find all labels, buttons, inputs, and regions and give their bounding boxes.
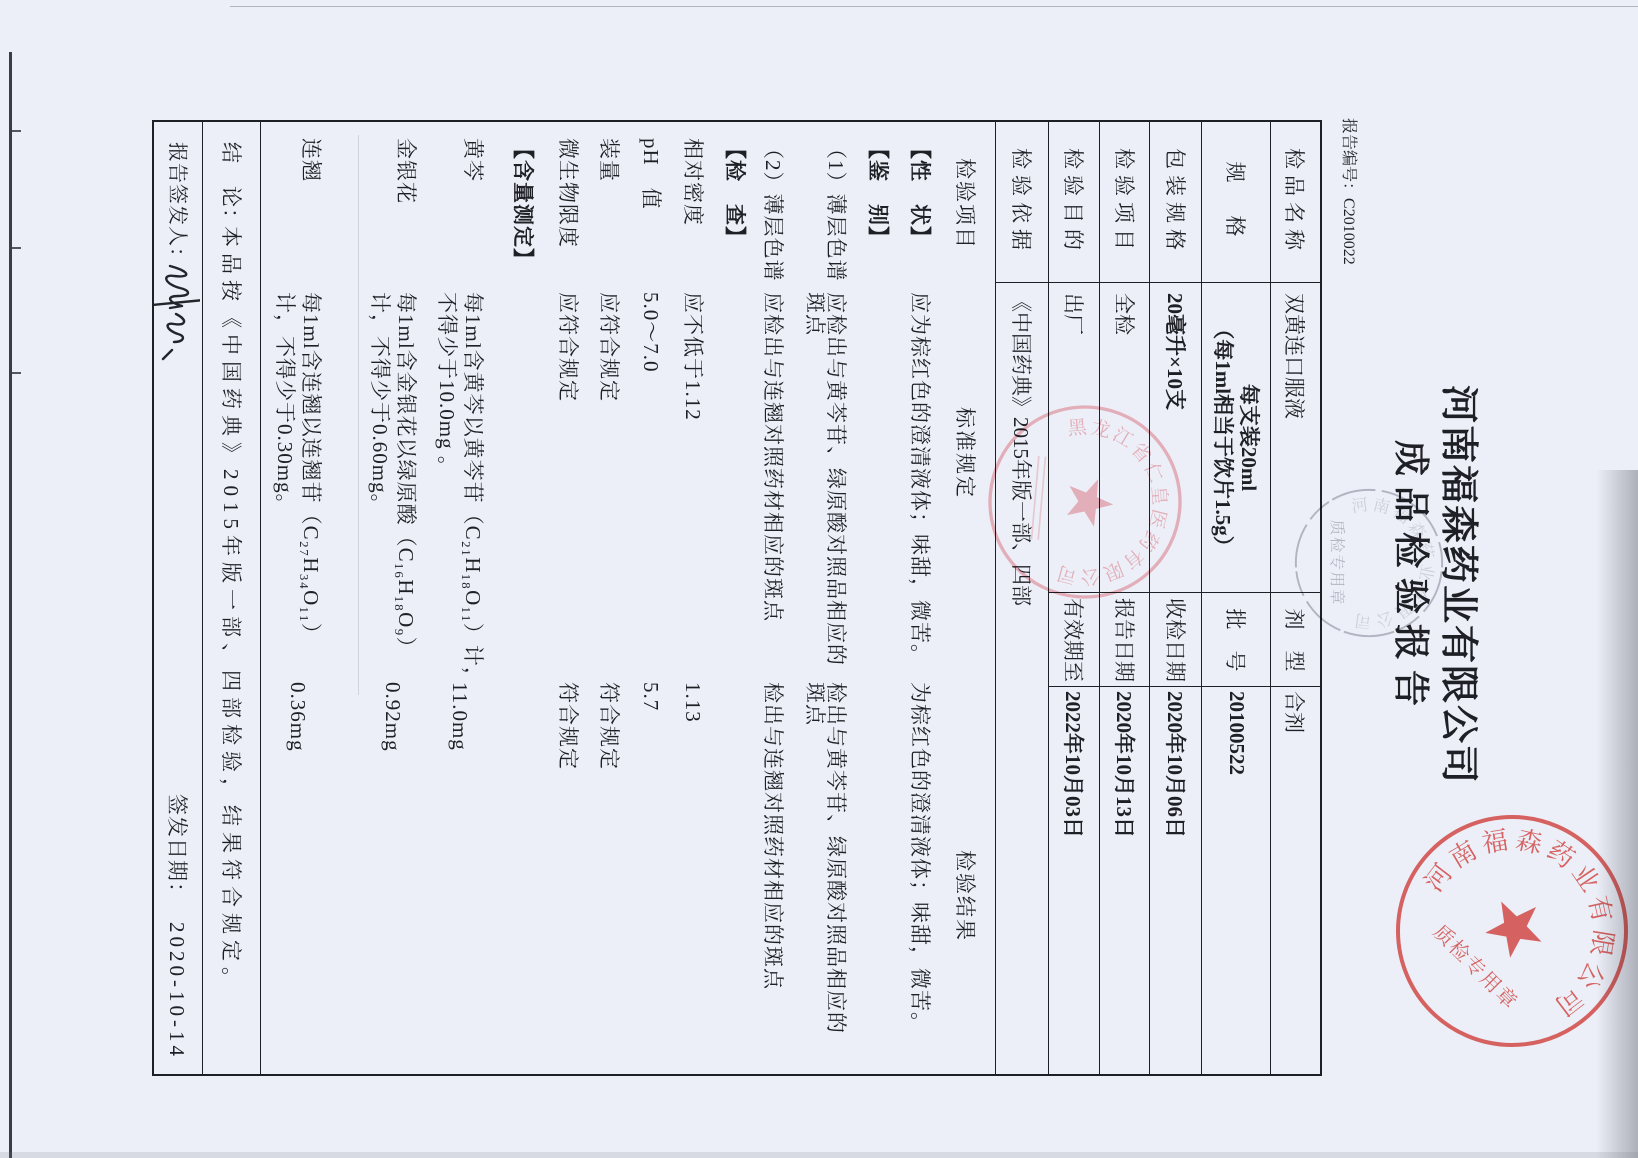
test-result: 检出与连翘对照药材相应的斑点 — [762, 682, 784, 990]
test-standard-line2: 斑点 — [804, 292, 826, 336]
result-row: 金银花 每1ml含金银花以绿原酸（C₁₆H₁₈O₉） 计，不得少于0.60mg。… — [395, 122, 417, 1074]
results-header: 检验项目 标准规定 检验结果 — [954, 122, 976, 1074]
result-row: pH 值 5.0～7.0 5.7 — [640, 122, 662, 1074]
signer-label: 报告签发人： — [167, 142, 189, 268]
seal-graphic: 黑龙江省仁皇医药有限公司 — [977, 394, 1194, 611]
test-result: 检出与黄芩苷、绿原酸对照品相应的 — [825, 682, 847, 1034]
test-standard: 每1ml含金银花以绿原酸（C₁₆H₁₈O₉） — [395, 292, 417, 659]
info-row-spec: 规 格 每支装20ml （每1ml相当于饮片1.5g） 批 号 20100522 — [1201, 122, 1271, 1074]
result-row: 连翘 每1ml含连翘以连翘苷（C₂₇H₃₄O₁₁） 计，不得少于0.30mg。 … — [300, 122, 322, 1074]
receipt-date: 2020年10月06日 — [1150, 686, 1202, 1074]
report-number: 报告编号：C2010022 — [1338, 118, 1358, 265]
test-item: 装量 — [598, 138, 620, 182]
report-number-label: 报告编号： — [1340, 118, 1357, 198]
seal-center-text: 质检专用章 — [1328, 520, 1347, 607]
test-standard-line2: 计，不得少于0.60mg。 — [369, 292, 391, 516]
test-section: 【含量测定】 — [512, 138, 534, 270]
test-standard: 应符合规定 — [557, 292, 579, 402]
test-result: 5.7 — [640, 682, 662, 711]
spec-line-2: （每1ml相当于饮片1.5g） — [1211, 318, 1237, 557]
svg-text:黑龙江省仁皇医药有限公司: 黑龙江省仁皇医药有限公司 — [1052, 413, 1179, 596]
test-item: 【性 状】 — [909, 138, 931, 248]
info-value: 每支装20ml （每1ml相当于饮片1.5g） — [1202, 282, 1271, 592]
info-value: 合剂 — [1271, 686, 1320, 1074]
test-result: 0.92mg — [382, 682, 404, 752]
test-standard: 每1ml含黄芩以黄芩苷（C₂₁H₁₈O₁₁）计， — [462, 292, 484, 689]
column-header-item: 检验项目 — [954, 158, 976, 250]
result-row: 微生物限度 应符合规定 符合规定 — [557, 122, 579, 1074]
test-standard: 应检出与连翘对照药材相应的斑点 — [762, 292, 784, 622]
test-standard: 每1ml含连翘以连翘苷（C₂₇H₃₄O₁₁） — [300, 292, 322, 645]
conclusion-text: 本品按《中国药典》2015年版一部、四部检验，结果符合规定。 — [220, 226, 242, 994]
test-item: （2）薄层色谱 — [762, 138, 784, 282]
test-standard: 5.0～7.0 — [640, 292, 662, 373]
report-date: 2020年10月13日 — [1100, 686, 1150, 1074]
column-header-result: 检验结果 — [954, 850, 976, 942]
star-icon — [1477, 887, 1556, 966]
test-standard-line2: 不得少于10.0mg 。 — [436, 292, 458, 478]
test-result: 11.0mg — [449, 682, 471, 751]
batch-number: 20100522 — [1202, 686, 1271, 1074]
result-row: （1）薄层色谱 应检出与黄芩苷、绿原酸对照品相应的 斑点 检出与黄芩苷、绿原酸对… — [825, 122, 847, 1074]
spec-line-1: 每支装20ml — [1237, 384, 1263, 491]
distributor-seal: 黑龙江省仁皇医药有限公司 — [977, 394, 1194, 611]
test-item: 金银花 — [395, 138, 417, 204]
test-item: 微生物限度 — [557, 138, 579, 248]
issue-date-label: 签发日期： — [167, 794, 189, 904]
test-item: （1）薄层色谱 — [825, 138, 847, 282]
test-section: 【鉴 别】 — [867, 138, 889, 248]
star-icon — [1066, 477, 1115, 528]
faded-qc-seal: 河南福森药业有限公司 质检专用章 — [1292, 486, 1446, 640]
info-label: 批 号 — [1202, 592, 1271, 687]
illegible-seal-text — [1032, 456, 1046, 540]
test-section: 【检 查】 — [724, 138, 746, 248]
result-row: 【性 状】 应为棕红色的澄清液体；味甜，微苦。 为棕红色的澄清液体；味甜，微苦。 — [909, 122, 931, 1074]
info-label: 检品名称 — [1271, 122, 1320, 282]
conclusion-label: 结 论： — [220, 142, 242, 230]
section-heading: 【检 查】 — [724, 122, 746, 1074]
test-standard: 应检出与黄芩苷、绿原酸对照品相应的 — [825, 292, 847, 666]
test-item: pH 值 — [640, 138, 662, 210]
info-label: 有效期至 — [1049, 592, 1100, 687]
seal-graphic: 河南福森药业有限公司 质检专用章 — [1292, 486, 1446, 640]
conclusion-row: 结 论： 本品按《中国药典》2015年版一部、四部检验，结果符合规定。 — [202, 122, 261, 1074]
result-row: （2）薄层色谱 应检出与连翘对照药材相应的斑点 检出与连翘对照药材相应的斑点 — [762, 122, 784, 1074]
expiry-date: 2022年10月03日 — [1049, 686, 1100, 1074]
column-header-standard: 标准规定 — [954, 407, 976, 499]
result-row: 黄芩 每1ml含黄芩以黄芩苷（C₂₁H₁₈O₁₁）计， 不得少于10.0mg 。… — [462, 122, 484, 1074]
test-result: 0.36mg — [287, 682, 309, 752]
test-result: 符合规定 — [598, 682, 620, 770]
section-heading: 【鉴 别】 — [867, 122, 889, 1074]
section-heading: 【含量测定】 — [512, 122, 534, 1074]
seal-ring-text: 黑龙江省仁皇医药有限公司 — [1052, 413, 1179, 596]
test-standard: 应符合规定 — [598, 292, 620, 402]
test-standard: 应不低于1.12 — [682, 292, 704, 421]
test-result: 为棕红色的澄清液体；味甜，微苦。 — [909, 682, 931, 1034]
test-item: 相对密度 — [682, 138, 704, 226]
test-item: 黄芩 — [462, 138, 484, 182]
info-label: 检验依据 — [996, 122, 1049, 282]
test-result: 1.13 — [682, 682, 704, 723]
info-label: 检验目的 — [1049, 122, 1100, 282]
test-standard-line2: 计，不得少于0.30mg。 — [274, 292, 296, 516]
test-standard: 应为棕红色的澄清液体；味甜，微苦。 — [909, 292, 931, 666]
info-label: 包装规格 — [1150, 122, 1202, 282]
info-label: 规 格 — [1202, 122, 1271, 282]
test-result: 符合规定 — [557, 682, 579, 770]
handwritten-signature — [154, 262, 200, 366]
signoff-row: 报告签发人： 签发日期： 2020-10-14 — [153, 122, 203, 1074]
issue-date: 2020-10-14 — [167, 922, 189, 1060]
test-result-line2: 斑点 — [804, 682, 826, 726]
test-item: 连翘 — [300, 138, 322, 182]
info-label: 检验项目 — [1100, 122, 1150, 282]
result-row: 装量 应符合规定 符合规定 — [598, 122, 620, 1074]
result-row: 相对密度 应不低于1.12 1.13 — [682, 122, 704, 1074]
report-number-value: C2010022 — [1340, 198, 1357, 265]
